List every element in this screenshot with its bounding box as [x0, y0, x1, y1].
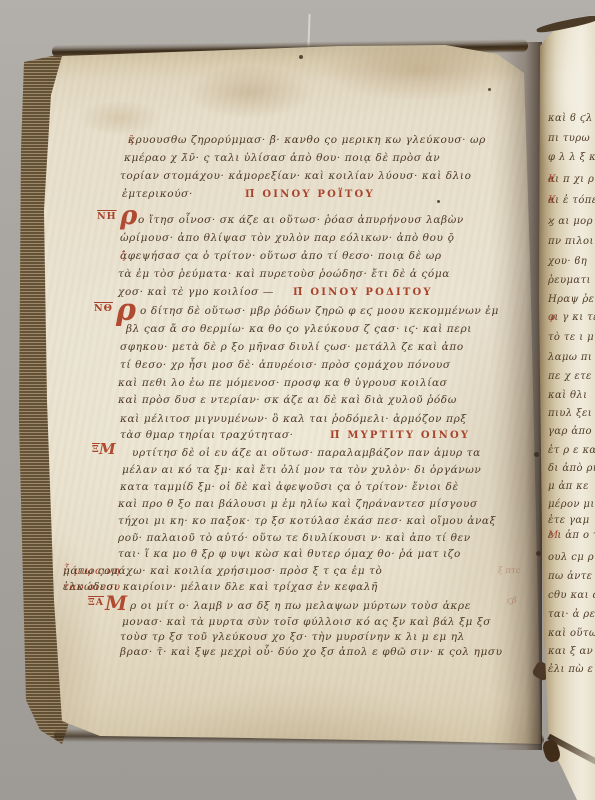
rubric-initial: Μ — [548, 531, 559, 541]
cutoff-text-line: πω ἀντε — [548, 572, 592, 582]
ink-text: χοσ· καὶ τὲ γμο κοιλίοσ — — [118, 287, 274, 298]
cutoff-text-line: ται· ἀ ρε — [548, 610, 595, 620]
ink-text: κρυουσθω ζηρορύμμασ· β̄· κανθο ςο μερικη… — [128, 135, 486, 146]
chapter-heading: Π̄ ΟΙΝΟΥ ΡΟΪΤΟΥ — [245, 189, 375, 200]
cutoff-text-line: χου· ϐη — [548, 257, 587, 267]
ink-speck — [534, 452, 539, 457]
cutoff-text-line: μ ἀπ κε — [548, 482, 589, 492]
ink-text: τορίαν στομάχου· κἀμορεξίαν· καὶ κοιλίαν… — [120, 171, 472, 182]
ink-text: τὰ ἐμ τὸσ ῥεύματα· καὶ πυρετοὺσ ῥοώδησ· … — [118, 269, 450, 280]
margin-chapter-number: ΝΘ — [94, 303, 113, 314]
ink-text: ροῦ· παλαιοῦ τὸ αὐτό· οὕτω τε διυλίκουσι… — [118, 533, 471, 544]
gutter-shadow — [490, 42, 542, 750]
drop-cap-initial: ρ — [120, 206, 137, 227]
cutoff-text-line: ουλ ϲμ ρ — [548, 553, 594, 563]
ink-speck — [437, 200, 440, 203]
ink-speck — [536, 551, 541, 556]
rubric-initial: Κ — [548, 196, 556, 206]
ink-text: καὶ μέλιτοσ μιγνυμένων· ὃ καλ ται ῥοδόμε… — [120, 414, 467, 425]
cutoff-text-line: Με ι ἀπ ο τε — [548, 531, 595, 541]
rubric-initial: Κ — [548, 175, 556, 185]
ink-text: τὰσ θμαρ τηρίαι τραχύτητασ· — [120, 430, 294, 441]
margin-chapter-number: ΝΗ — [97, 211, 117, 222]
ink-speck — [299, 55, 303, 59]
cutoff-text-line: γαρ ἀπο — [548, 427, 592, 437]
ink-speck — [488, 88, 491, 91]
ink-text: ρ οι μίτ ο· λαμβ ν ασ δξ η πω μελαψων μύ… — [130, 601, 471, 612]
ink-text: τοὺσ τρ ξσ τοῦ γλεύκουσ χο ξσ· τὴν μυρσί… — [120, 632, 465, 643]
cutoff-text-line: φοι γ κι τε — [548, 313, 595, 323]
ink-text: κατα ταμμίδ ξμ· οἱ δὲ καὶ ἀφεψοῦσι ςα ὁ … — [120, 482, 459, 493]
cutoff-text-line: πιυλ ξει — [548, 409, 592, 419]
cutoff-text-line: καὶ οὕτω — [548, 629, 595, 639]
margin-chapter-number: ΞΑ — [88, 597, 104, 608]
cutoff-text-line: Και ἐ τόπε — [548, 196, 595, 206]
cutoff-text-line: ϗ αι μορ — [548, 217, 593, 227]
cutoff-text-line: μέρον μι — [548, 500, 595, 510]
cutoff-text-line: πε χ ετε — [548, 372, 592, 382]
cutoff-text-line: ῥευματι — [548, 276, 591, 286]
ink-text: καὶ πεθι λο ἐω πε μόμενοσ· προσφ κα θ ὑγ… — [118, 378, 447, 389]
ink-text: ται· ἵ κα μο θ ξρ φ υψι κὼσ καὶ θυτερ όμ… — [118, 549, 461, 560]
chapter-heading: Π̄ ΟΙΝΟΥ ΡΟΔΙΤΟΥ — [293, 287, 433, 298]
ink-text: υρτίτησ δὲ οἱ ευ άζε αι οὕτωσ· παραλαμβά… — [132, 448, 481, 459]
ink-text: μέλαν αι κό τα ξμ· καὶ ἔτι ὀλί μον τα τὸ… — [122, 465, 481, 476]
ink-text: μάτω ςομάχω· καὶ κοιλία χρήσιμοσ· πρὸσ ξ… — [63, 566, 382, 577]
rubric-text: ς̄ — [120, 251, 126, 262]
ink-text: σφηκου· μετὰ δὲ ρ ξο μῆνασ διυλί ςωσ· με… — [120, 342, 464, 353]
cutoff-text-line: τὸ τε ι μ — [548, 333, 594, 343]
cutoff-text-line: Και π χι ριρ — [548, 175, 595, 185]
cutoff-text-line: ἐτε γαμ — [548, 516, 589, 526]
cutoff-text-line: ἐλι πὼ ε — [548, 665, 593, 675]
cutoff-text-line: πν πιλοι — [548, 237, 594, 247]
ink-text: καὶ προ θ ξο παι βάλουσι μ ἐμ ηλίω καὶ ζ… — [118, 499, 478, 510]
ink-text: βρασ· τ̄· καὶ ξψε μεχρὶ οὗ· δύο χο ξσ ἀπ… — [120, 647, 503, 658]
ink-text: βλ ςασ ἄ σο θερμίω· κα θο ςο γλεύκουσ ζ … — [126, 324, 472, 335]
cutoff-text-line: καὶ θλι — [548, 391, 588, 401]
ink-text: τί θεσο· χρ ἧσι μοσ δὲ· ἀπυρέοισ· πρὸσ ς… — [120, 360, 451, 371]
cutoff-text-line: φ λ λ ξ και — [548, 153, 595, 163]
rubric-initial: φ — [548, 313, 555, 323]
ink-text: ὡρίμουσ· ἀπο θλίψασ τὸν χυλὸν παρ εόλικω… — [120, 233, 454, 244]
ink-text: κμέραο χ λ̄ν̄· ς ταλι ὑλίσασ ἀπὸ θου· πο… — [124, 153, 440, 164]
cutoff-text-line: ἐτ ρ ε κα — [548, 446, 595, 456]
drop-cap-initial: Μ — [105, 595, 127, 611]
cutoff-text-line: δι ἀπὸ ρι — [548, 464, 595, 474]
ink-text: ο δίτησ δὲ οὕτωσ· μβρ ῥόδων ζηρῶ φ εϛ μο… — [140, 306, 499, 317]
manuscript-photo: κρυουσθω ζηρορύμμασ· β̄· κανθο ςο μερικη… — [0, 0, 595, 800]
ink-text: ἀφεψήσασ ςα ὁ τρίτον· οὕτωσ ἀπο τί θεσο·… — [120, 251, 442, 262]
rubric-text: ς̄ — [128, 135, 134, 146]
ink-text: ο ἴτησ οἶνοσ· σκ άζε αι οὕτωσ· ῥόασ ἀπυρ… — [138, 215, 464, 226]
cutoff-text-line: ϲθυ και α — [548, 591, 595, 601]
cutoff-text-line: πι τυρω — [548, 134, 590, 144]
ink-text: μονασ· καὶ τὰ μυρτα σὺν τοῖσ φύλλοισ κό … — [122, 617, 491, 628]
ink-text: τήχοι μι κη· κο παξοκ· τρ ξσ κοτύλασ ἑκά… — [118, 516, 496, 527]
drop-cap-initial: Μ — [99, 443, 116, 455]
cutoff-text-line: Ηραψ ῥε — [548, 295, 594, 305]
ink-text: ἐμτερικούσ· — [122, 189, 193, 200]
ink-text: καὶ πρὸσ δυσ ε ντερίαν· σκ άζε αι δὲ καὶ… — [118, 395, 457, 406]
cutoff-text-line: λαμω πι — [548, 353, 592, 363]
chapter-heading: Π̄ ΜΥΡΤΙΤΥ ΟΙΝΟΥ — [330, 430, 470, 441]
cutoff-text-line: και ξ αν — [548, 647, 593, 657]
cutoff-text-line: καὶ ϐ ϛλ κ — [548, 114, 595, 124]
drop-cap-initial: ρ — [116, 299, 136, 323]
